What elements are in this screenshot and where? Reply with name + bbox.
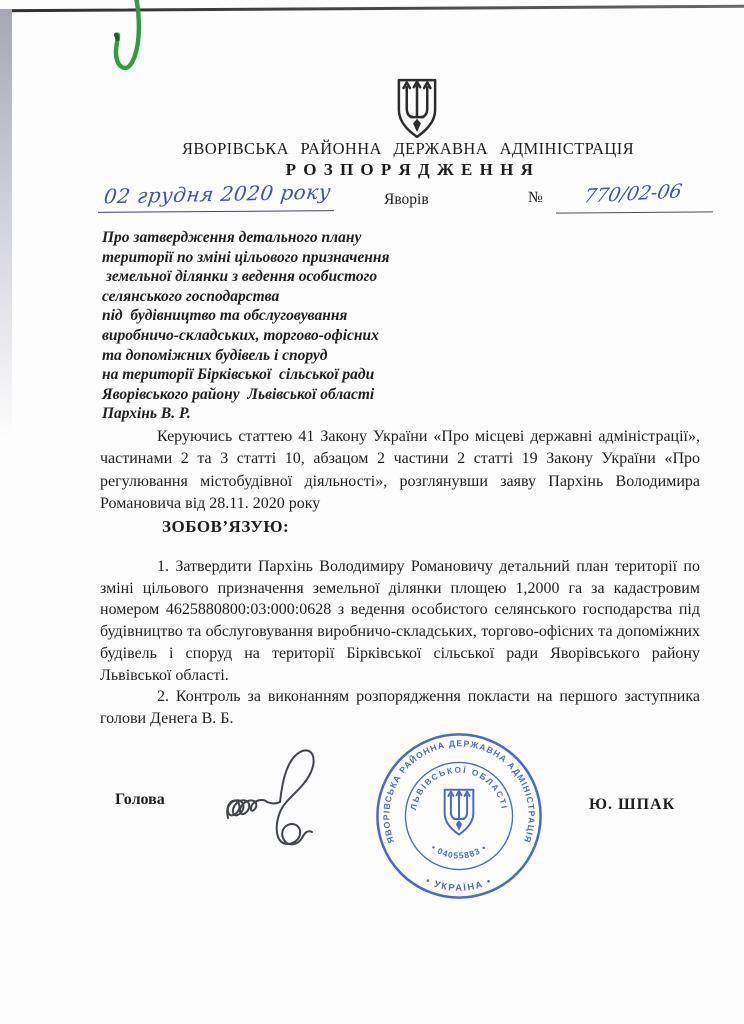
seal-country-text: • УКРАЇНА • xyxy=(424,875,493,892)
signer-name: Ю. ШПАК xyxy=(589,796,675,814)
resolution-heading: ЗОБОВ’ЯЗУЮ: xyxy=(162,517,289,537)
resolution-item-1: 1. Затвердити Пархінь Володимиру Романов… xyxy=(100,556,700,686)
scan-edge-left xyxy=(0,9,12,439)
handwritten-date: 02 грудня 2020 року xyxy=(99,180,337,209)
doc-type-title: Р О З П О Р Я Д Ж Е Н Н Я xyxy=(100,160,720,180)
handwritten-number: 770/02-06 xyxy=(571,180,695,209)
seal-trident-icon xyxy=(445,790,474,835)
paperclip-icon xyxy=(103,0,155,90)
seal-code-text: • 04055883 • xyxy=(429,842,488,860)
svg-text:• 04055883 •: • 04055883 • xyxy=(429,842,488,860)
number-label: № xyxy=(528,189,543,207)
resolution-item-2: 2. Контроль за виконанням розпорядження … xyxy=(100,686,700,729)
subject-block: Про затвердження детального плану терито… xyxy=(102,228,492,424)
svg-text:• УКРАЇНА •: • УКРАЇНА • xyxy=(424,875,493,892)
handwritten-signature xyxy=(220,746,375,881)
resolution-items: 1. Затвердити Пархінь Володимиру Романов… xyxy=(100,556,700,730)
number-underline xyxy=(556,211,713,213)
signer-title: Голова xyxy=(115,791,165,809)
official-seal: ЯВОРІВСЬКА РАЙОННА ДЕРЖАВНА АДМІНІСТРАЦІ… xyxy=(374,731,544,901)
scanned-decree-page: ЯВОРІВСЬКА РАЙОННА ДЕРЖАВНА АДМІНІСТРАЦІ… xyxy=(0,0,744,1024)
preamble-paragraph: Керуючись статтею 41 Закону України «Про… xyxy=(100,426,700,515)
place-name: Яворів xyxy=(384,191,429,209)
date-underline xyxy=(98,210,334,213)
org-name: ЯВОРІВСЬКА РАЙОННА ДЕРЖАВНА АДМІНІСТРАЦІ… xyxy=(98,139,718,159)
ukraine-trident-emblem-icon xyxy=(389,77,445,140)
